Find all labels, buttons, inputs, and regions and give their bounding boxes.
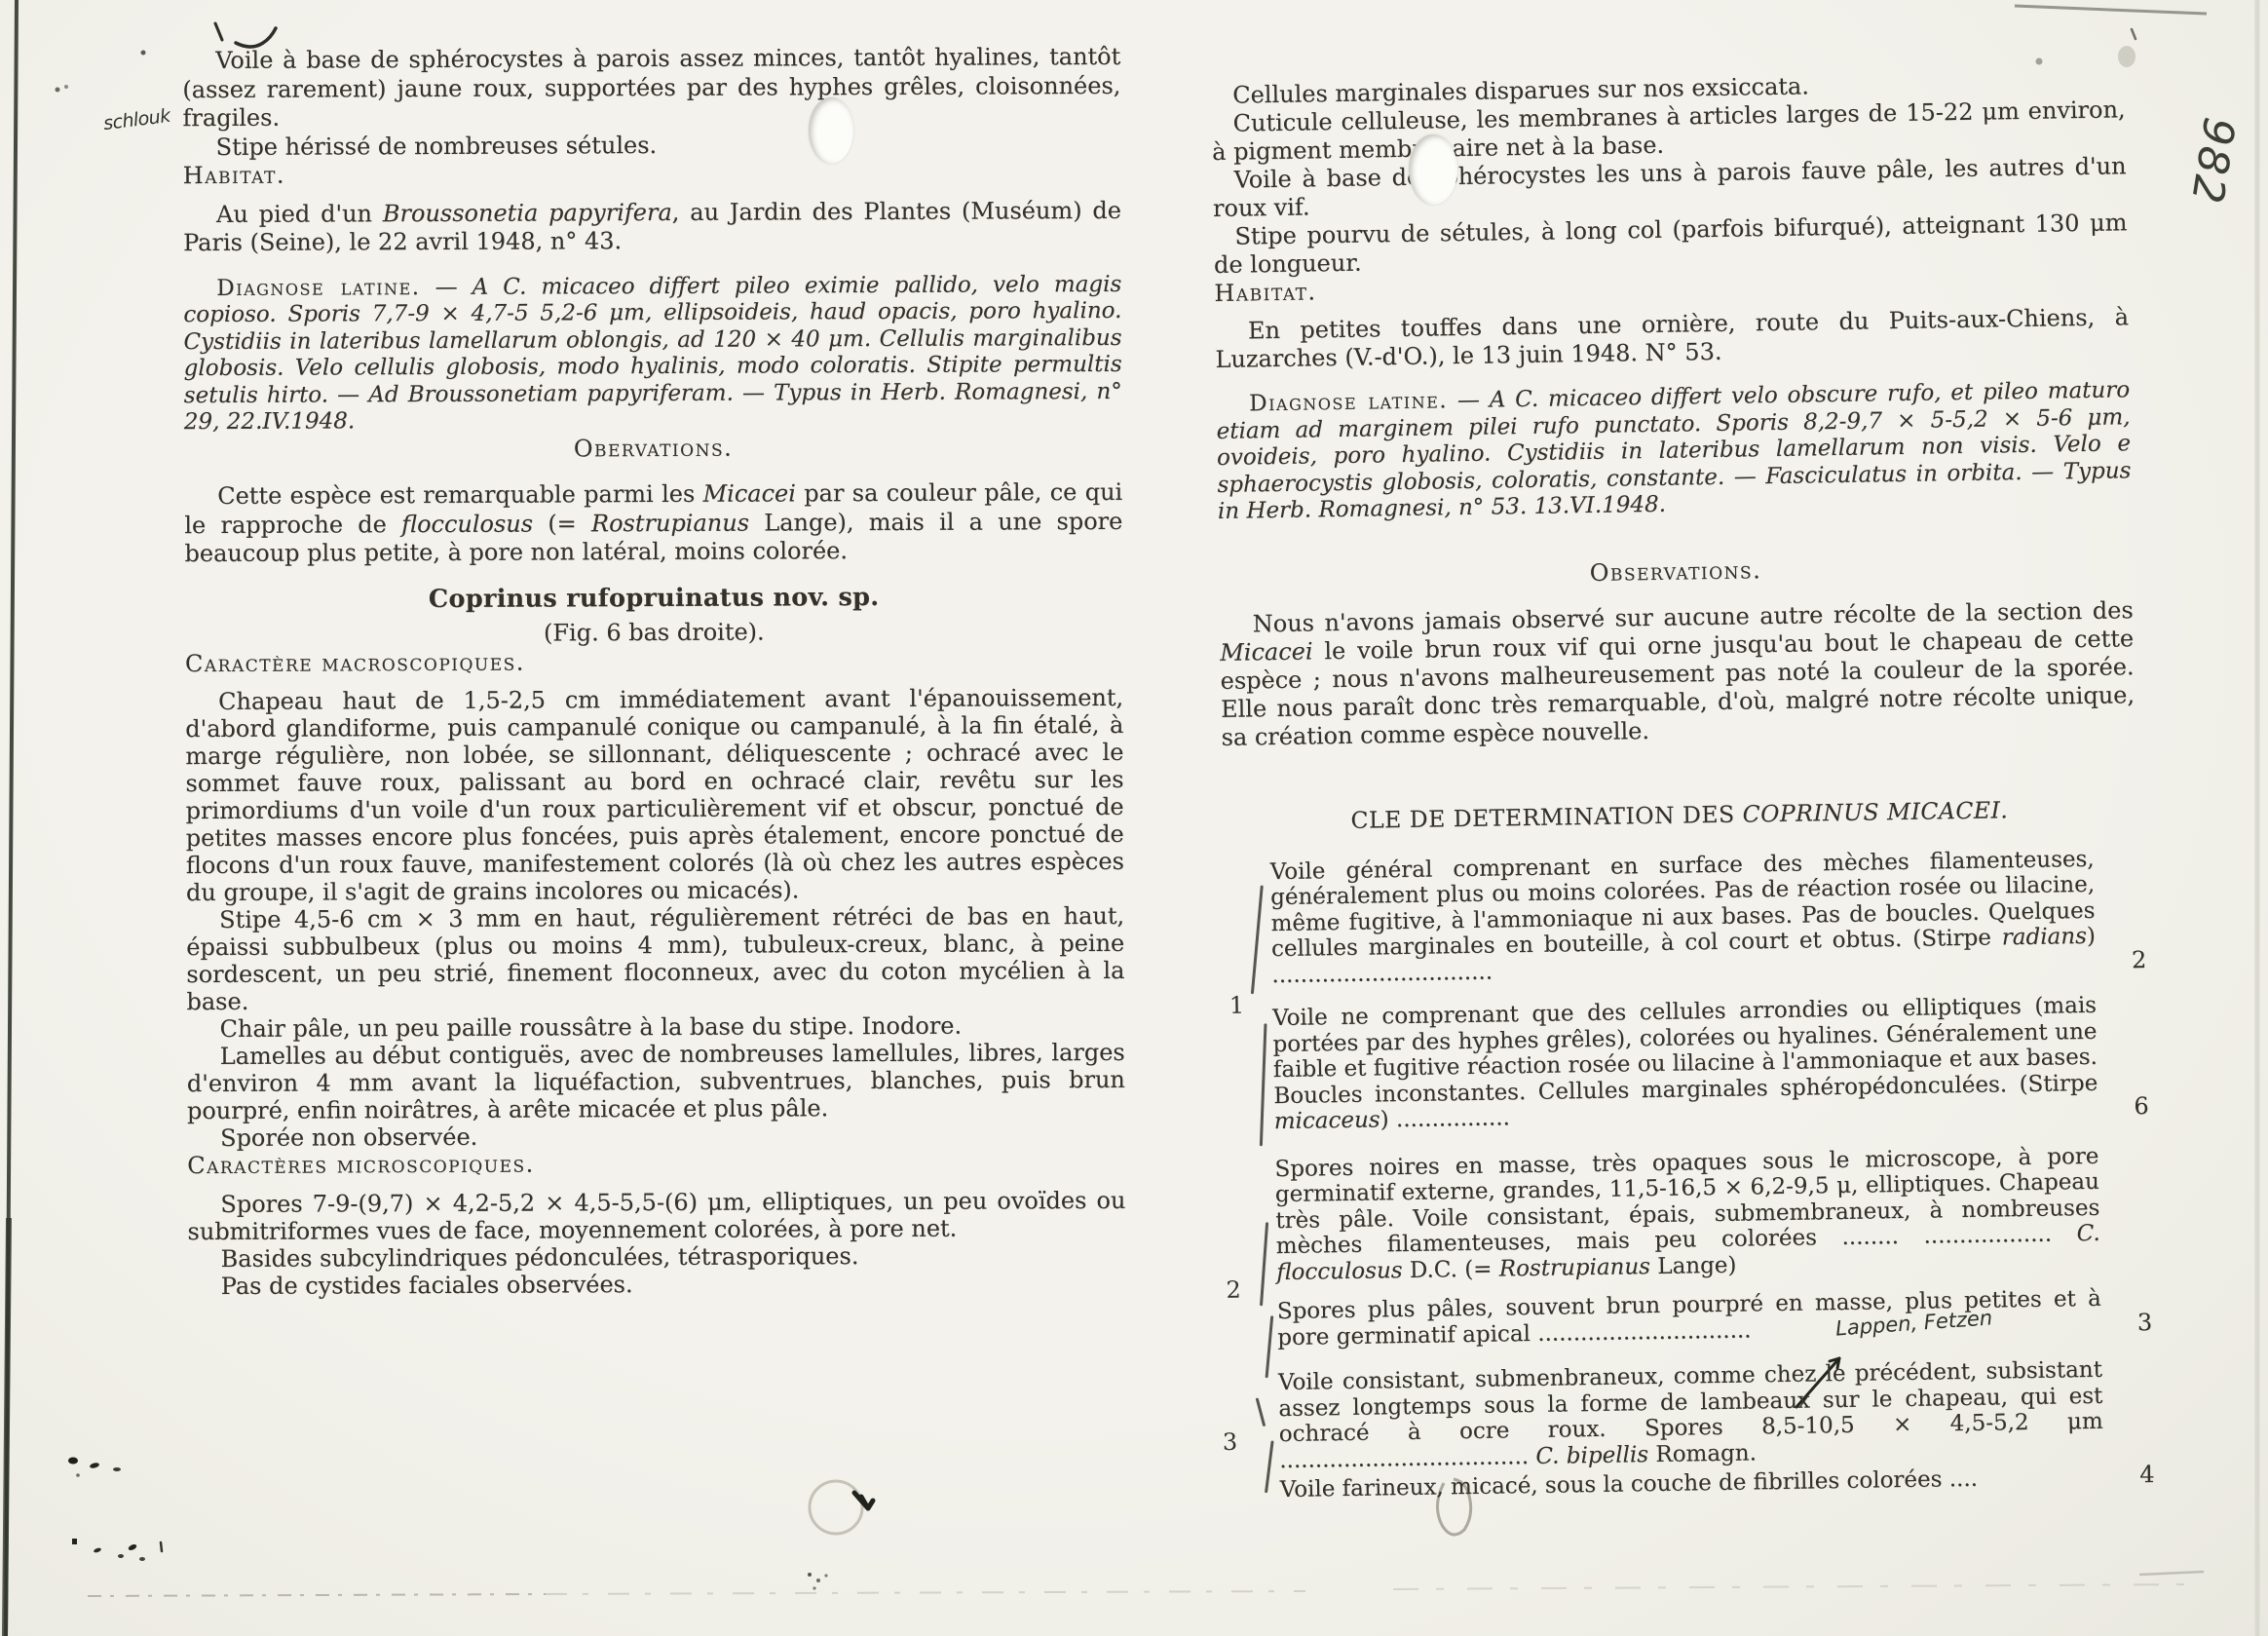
sporee-paragraph: Sporée non observée. xyxy=(187,1121,1125,1152)
macro-characters-heading: Caractère macroscopiques. xyxy=(185,645,1123,678)
key-entry-text: Voile farineux, micacé, sous la couche d… xyxy=(1280,1466,1979,1503)
smudge-top-right xyxy=(2118,46,2136,67)
ink-dot xyxy=(68,1458,78,1465)
key-group-number-3: 3 xyxy=(1223,1428,1238,1455)
key-entry-2a: Spores noires en masse, très opaques sou… xyxy=(1274,1143,2100,1285)
ink-dot xyxy=(128,1543,137,1551)
key-entry-text: Voile ne comprenant que des cellules arr… xyxy=(1272,993,2098,1134)
key-brace-stroke xyxy=(1265,1440,1273,1493)
speck xyxy=(808,1573,812,1577)
pen-tick-top-left xyxy=(215,23,222,40)
key-entry-text: Spores noires en masse, très opaques sou… xyxy=(1274,1143,2100,1284)
key-brace-stroke xyxy=(1251,885,1263,994)
ink-dot xyxy=(76,1473,80,1477)
handwritten-margin-note: schlouk xyxy=(102,105,171,134)
chair-paragraph: Chair pâle, un peu paille roussâtre à la… xyxy=(187,1011,1125,1043)
pen-swoosh-top-left xyxy=(236,28,276,47)
page-edge-left-dark xyxy=(5,1218,9,1636)
scan-line-bottom xyxy=(88,1594,546,1596)
left-paragraph-voile: Voile à base de sphérocystes à parois as… xyxy=(182,43,1120,133)
species-heading: Coprinus rufopruinatus nov. sp. xyxy=(185,582,1123,615)
scan-line-bottom xyxy=(546,1591,1305,1594)
lamelles-paragraph: Lamelles au début contiguës, avec de nom… xyxy=(187,1039,1125,1124)
pen-check-left xyxy=(854,1493,873,1508)
handwritten-page-number: 982 xyxy=(2181,114,2244,209)
key-entry-text: Voile consistant, submenbraneux, comme c… xyxy=(1278,1357,2103,1473)
scan-line-bottom xyxy=(2139,1572,2204,1575)
key-brace-stroke xyxy=(1256,1397,1266,1427)
left-habitat-heading: Habitat. xyxy=(183,158,1121,191)
figure-reference: (Fig. 6 bas droite). xyxy=(185,617,1123,650)
speck xyxy=(141,51,146,56)
pen-circle-left xyxy=(810,1481,862,1534)
page-edge-top xyxy=(2015,6,2207,14)
ink-dot xyxy=(118,1554,124,1558)
punch-hole-right xyxy=(1409,134,1457,205)
chapeau-paragraph: Chapeau haut de 1,5-2,5 cm immédiatement… xyxy=(185,684,1124,906)
key-brace-stroke xyxy=(1260,1023,1266,1146)
speck xyxy=(2036,58,2043,65)
key-brace-stroke xyxy=(1260,1222,1268,1306)
left-column: Voile à base de sphérocystes à parois as… xyxy=(182,43,1126,1300)
speck xyxy=(824,1574,827,1577)
punch-hole-left xyxy=(809,97,853,164)
speck xyxy=(64,85,68,89)
key-ref-number: 6 xyxy=(2134,1093,2149,1120)
key-entry-text: Voile général comprenant en surface des … xyxy=(1270,846,2097,987)
right-observations-heading: Observations. xyxy=(1219,551,2133,593)
left-obervations-heading: Obervations. xyxy=(184,432,1122,465)
ink-dot xyxy=(139,1557,145,1561)
speck xyxy=(813,1586,815,1589)
left-observations-paragraph: Cette espèce est remarquable parmi les M… xyxy=(184,478,1122,569)
spores-paragraph: Spores 7-9-(9,7) × 4,2-5,2 × 4,5-5,5-(6)… xyxy=(187,1186,1125,1244)
right-diagnose-latine: Diagnose latine. — A C. micaceo differt … xyxy=(1216,377,2132,525)
scan-line-bottom xyxy=(1393,1584,2192,1589)
right-column: Cellules marginales disparues sur nos ex… xyxy=(1211,67,2147,1521)
key-ref-number: 3 xyxy=(2137,1309,2153,1335)
key-group-number-1: 1 xyxy=(1229,992,1245,1018)
speck xyxy=(56,88,60,93)
ink-dot xyxy=(72,1539,77,1544)
right-habitat-paragraph: En petites touffes dans une ornière, rou… xyxy=(1215,303,2130,374)
left-habitat-paragraph: Au pied d'un Broussonetia papyrifera, au… xyxy=(183,196,1121,257)
right-observations-paragraph: Nous n'avons jamais observé sur aucune a… xyxy=(1220,596,2136,752)
left-stipe-paragraph: Stipe 4,5-6 cm × 3 mm en haut, régulière… xyxy=(186,902,1124,1015)
determination-key: 1 2 3 Voile général comprenant en surfac… xyxy=(1270,846,2104,1503)
basides-paragraph: Basides subcylindriques pédonculées, tét… xyxy=(188,1240,1126,1272)
speck xyxy=(2132,29,2136,39)
key-ref-number: 4 xyxy=(2139,1462,2155,1488)
ink-dot xyxy=(90,1462,100,1468)
key-entry-1b: Voile ne comprenant que des cellules arr… xyxy=(1272,993,2098,1135)
ink-dot xyxy=(113,1467,121,1471)
ink-dot xyxy=(161,1542,162,1551)
micro-characters-heading: Caractères microscopiques. xyxy=(187,1148,1125,1181)
key-ref-number: 2 xyxy=(2132,947,2147,973)
key-entry-1a: Voile général comprenant en surface des … xyxy=(1270,846,2097,988)
left-diagnose-latine: Diagnose latine. — A C. micaceo differt … xyxy=(183,271,1122,436)
speck xyxy=(816,1579,820,1582)
key-entry-3a: Voile consistant, submenbraneux, comme c… xyxy=(1278,1357,2104,1473)
scanned-page: Voile à base de sphérocystes à parois as… xyxy=(0,0,2268,1636)
ink-dot xyxy=(94,1547,102,1553)
key-group-number-2: 2 xyxy=(1226,1276,1241,1303)
page-edge-left xyxy=(6,0,17,1636)
key-brace-stroke xyxy=(1266,1315,1273,1378)
determination-key-heading: CLE DE DETERMINATION DES COPRINUS MICACE… xyxy=(1223,794,2136,837)
left-paragraph-stipe-herisse: Stipe hérissé de nombreuses sétules. xyxy=(183,129,1121,162)
cystides-paragraph: Pas de cystides faciales observées. xyxy=(188,1268,1126,1299)
